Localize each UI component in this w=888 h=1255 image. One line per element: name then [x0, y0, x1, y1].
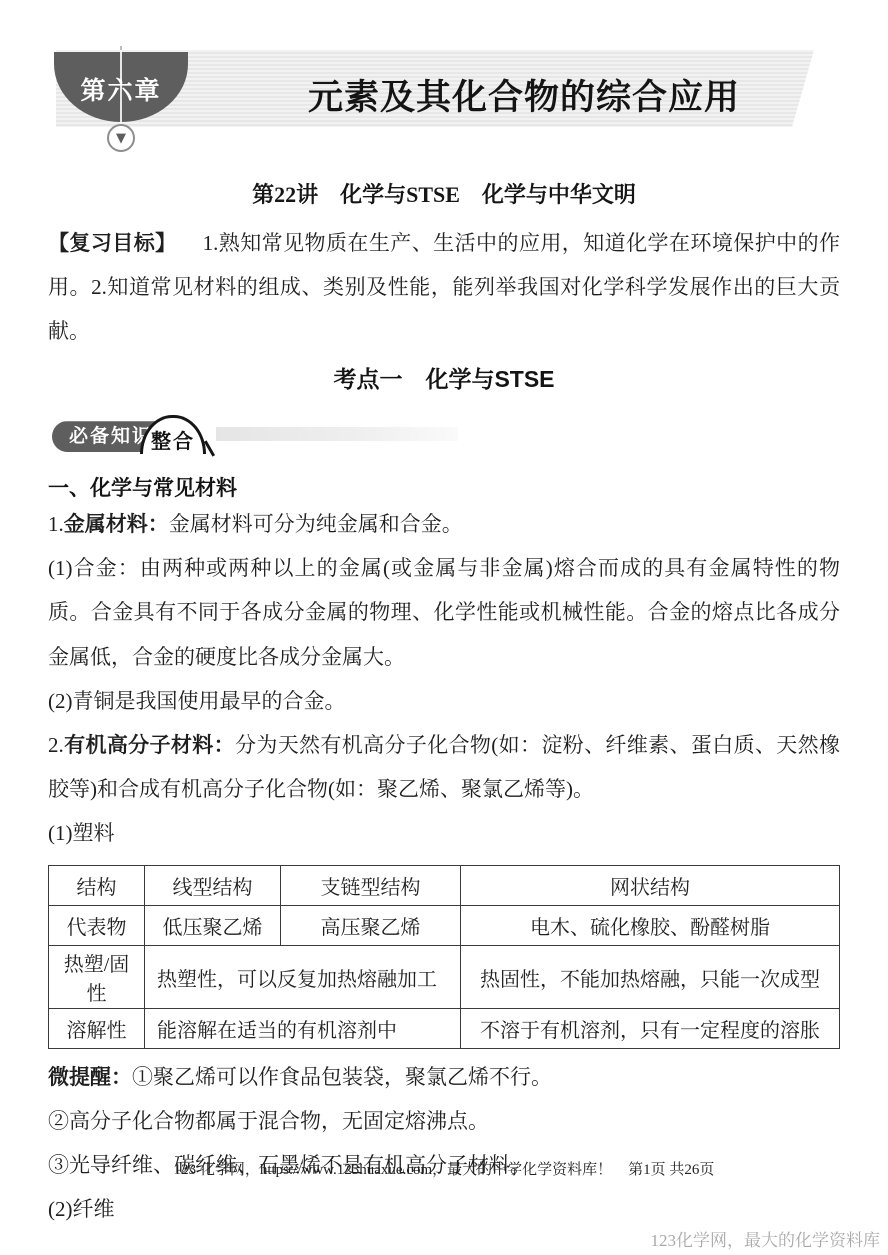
badge-line — [120, 50, 122, 123]
table-row-representative: 代表物 低压聚乙烯 高压聚乙烯 电木、硫化橡胶、酚醛树脂 — [49, 906, 840, 946]
term-polymer-materials: 有机高分子材料： — [64, 733, 235, 757]
cell-thermoset: 热固性，不能加热熔融，只能一次成型 — [461, 946, 840, 1009]
reminder-line-2: ②高分子化合物都属于混合物，无固定熔沸点。 — [48, 1099, 840, 1143]
knowledge-badge: 必备知识 整合 — [48, 414, 840, 456]
cell-structure: 结构 — [49, 866, 145, 906]
cell-solubility-label: 溶解性 — [49, 1009, 145, 1049]
cell-thermo-label: 热塑/固性 — [49, 946, 145, 1009]
paragraph-polymer-materials: 2.有机高分子材料：分为天然有机高分子化合物(如：淀粉、纤维素、蛋白质、天然橡胶… — [48, 723, 840, 811]
text-metal-materials: 金属材料可分为纯金属和合金。 — [169, 512, 463, 536]
cell-bakelite: 电木、硫化橡胶、酚醛树脂 — [461, 906, 840, 946]
term-metal-materials: 金属材料： — [64, 512, 169, 536]
objectives-label: 【复习目标】 — [48, 231, 203, 255]
page-footer: 123 化学网，https://www.123huaxue.com，最大的中学化… — [0, 1158, 888, 1179]
lecture-title: 第22讲 化学与STSE 化学与中华文明 — [48, 178, 840, 209]
cell-soluble: 能溶解在适当的有机溶剂中 — [145, 1009, 461, 1049]
cell-hdpe: 高压聚乙烯 — [281, 906, 461, 946]
footer-page-info: 第1页 共26页 — [628, 1162, 714, 1178]
cell-thermoplastic: 热塑性，可以反复加热熔融加工 — [145, 946, 461, 1009]
cell-branched: 支链型结构 — [281, 866, 461, 906]
knowledge-badge-secondary-label: 整合 — [151, 425, 195, 454]
paragraph-fiber-label: (2)纤维 — [48, 1187, 840, 1231]
footer-site-text: 123 化学网，https://www.123huaxue.com，最大的中学化… — [174, 1162, 613, 1178]
item-number: 2. — [48, 733, 64, 757]
reminder-label: 微提醒： — [48, 1065, 132, 1089]
reminder-item-1: ①聚乙烯可以作食品包装袋，聚氯乙烯不行。 — [132, 1065, 552, 1089]
section-heading: 一、化学与常见材料 — [48, 472, 840, 502]
item-number: 1. — [48, 512, 64, 536]
table-row-solubility: 溶解性 能溶解在适当的有机溶剂中 不溶于有机溶剂，只有一定程度的溶胀 — [49, 1009, 840, 1049]
cell-ldpe: 低压聚乙烯 — [145, 906, 281, 946]
chapter-title: 元素及其化合物的综合应用 — [308, 70, 740, 120]
review-objectives: 【复习目标】1.熟知常见物质在生产、生活中的应用，知道化学在环境保护中的作用。2… — [48, 221, 840, 353]
chapter-header: 元素及其化合物的综合应用 第六章 ▼ — [48, 50, 840, 154]
knowledge-badge-bar — [216, 427, 458, 441]
table-row-structure: 结构 线型结构 支链型结构 网状结构 — [49, 866, 840, 906]
plastics-table: 结构 线型结构 支链型结构 网状结构 代表物 低压聚乙烯 高压聚乙烯 电木、硫化… — [48, 865, 840, 1049]
watermark: 123化学网，最大的化学资料库 — [651, 1226, 881, 1251]
knowledge-badge-secondary: 整合 — [140, 415, 206, 454]
cell-insoluble: 不溶于有机溶剂，只有一定程度的溶胀 — [461, 1009, 840, 1049]
cell-linear: 线型结构 — [145, 866, 281, 906]
cell-representative-label: 代表物 — [49, 906, 145, 946]
cell-network: 网状结构 — [461, 866, 840, 906]
paragraph-bronze: (2)青铜是我国使用最早的合金。 — [48, 679, 840, 723]
table-row-thermo: 热塑/固性 热塑性，可以反复加热熔融加工 热固性，不能加热熔融，只能一次成型 — [49, 946, 840, 1009]
paragraph-alloy: (1)合金：由两种或两种以上的金属(或金属与非金属)熔合而成的具有金属特性的物质… — [48, 546, 840, 678]
chevron-down-icon: ▼ — [107, 124, 135, 152]
document-page: 元素及其化合物的综合应用 第六章 ▼ 第22讲 化学与STSE 化学与中华文明 … — [0, 0, 888, 1255]
paragraph-metal-materials: 1.金属材料：金属材料可分为纯金属和合金。 — [48, 502, 840, 546]
reminder-line-1: 微提醒：①聚乙烯可以作食品包装袋，聚氯乙烯不行。 — [48, 1055, 840, 1099]
paragraph-plastics-label: (1)塑料 — [48, 811, 840, 855]
topic-heading: 考点一 化学与STSE — [48, 361, 840, 394]
